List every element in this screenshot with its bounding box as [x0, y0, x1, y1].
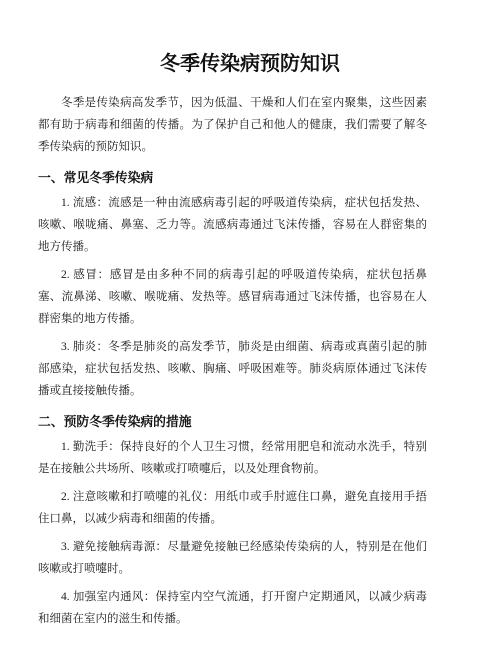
paragraph-measure-avoid-contact: 3. 避免接触病毒源：尽量避免接触已经感染传染病的人，特别是在他们咳嗽或打喷嚏时…: [38, 536, 427, 580]
paragraph-disease-cold: 2. 感冒：感冒是由多种不同的病毒引起的呼吸道传染病，症状包括鼻塞、流鼻涕、咳嗽…: [38, 264, 427, 330]
paragraph-disease-flu: 1. 流感：流感是一种由流感病毒引起的呼吸道传染病，症状包括发热、咳嗽、喉咙痛、…: [38, 192, 427, 258]
paragraph-disease-pneumonia: 3. 肺炎：冬季是肺炎的高发季节，肺炎是由细菌、病毒或真菌引起的肺部感染，症状包…: [38, 336, 427, 402]
document-page: 冬季传染病预防知识 冬季是传染病高发季节，因为低温、干燥和人们在室内聚集，这些因…: [0, 0, 500, 647]
intro-paragraph: 冬季是传染病高发季节，因为低温、干燥和人们在室内聚集，这些因素都有助于病毒和细菌…: [38, 92, 427, 158]
section-heading-prevention-measures: 二、预防冬季传染病的措施: [38, 412, 427, 432]
paragraph-measure-cough-etiquette: 2. 注意咳嗽和打喷嚏的礼仪：用纸巾或手肘遮住口鼻，避免直接用手捂住口鼻，以减少…: [38, 486, 427, 530]
paragraph-measure-hand-washing: 1. 勤洗手：保持良好的个人卫生习惯，经常用肥皂和流动水洗手，特别是在接触公共场…: [38, 436, 427, 480]
document-title: 冬季传染病预防知识: [0, 50, 500, 78]
section-heading-common-winter-diseases: 一、常见冬季传染病: [38, 168, 427, 188]
paragraph-measure-ventilation: 4. 加强室内通风：保持室内空气流通，打开窗户定期通风，以减少病毒和细菌在室内的…: [38, 586, 427, 630]
document-body: 冬季是传染病高发季节，因为低温、干燥和人们在室内聚集，这些因素都有助于病毒和细菌…: [38, 92, 427, 630]
